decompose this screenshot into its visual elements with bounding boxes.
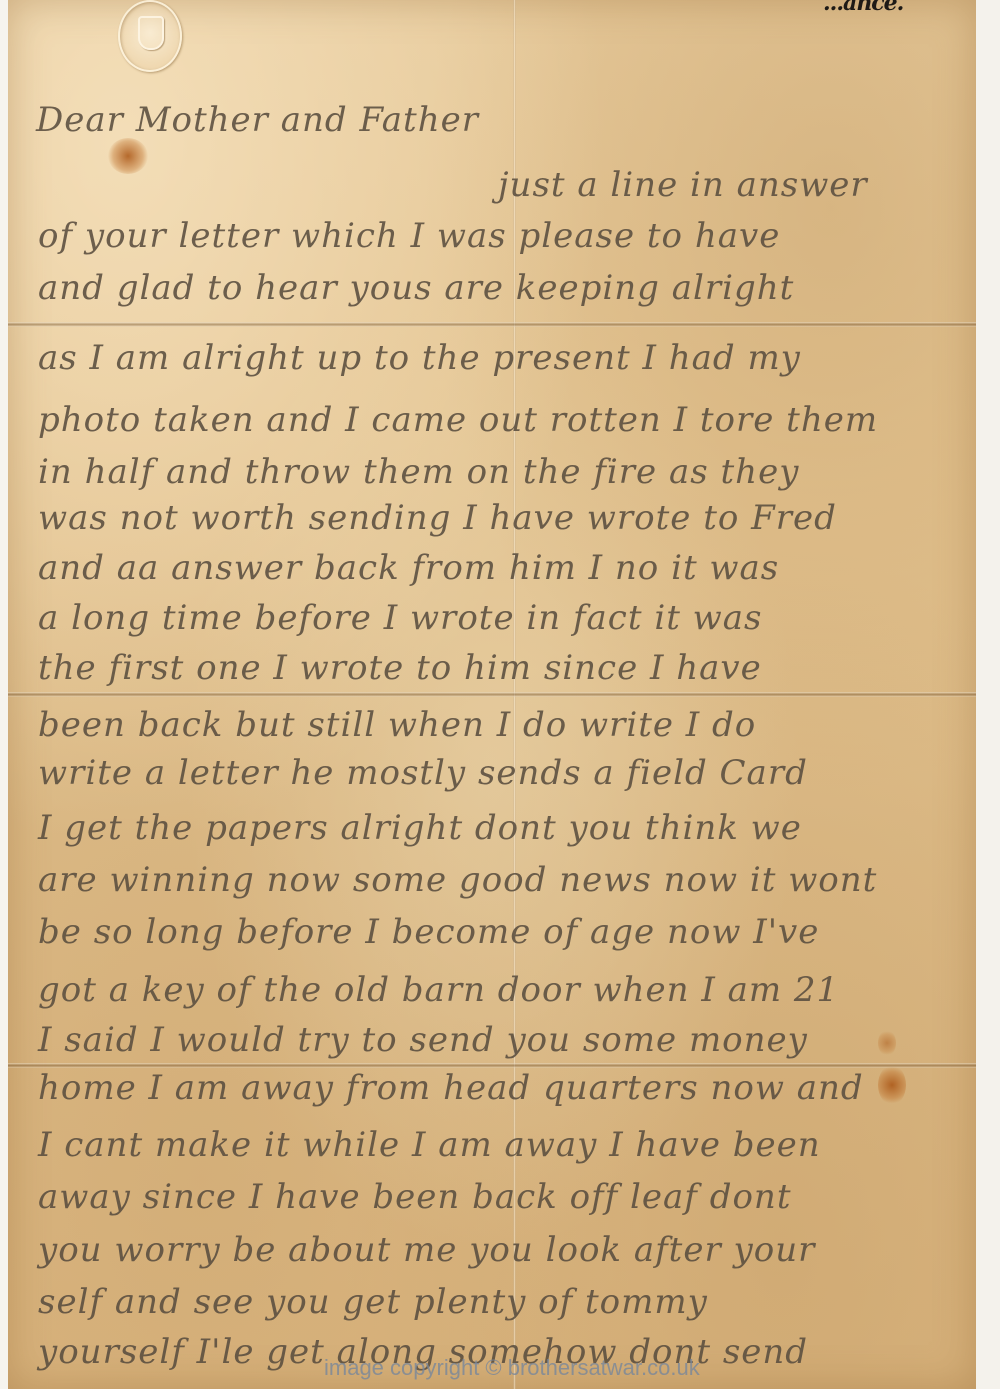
rust-stain bbox=[878, 1065, 906, 1105]
letter-line: are winning now some good news now it wo… bbox=[38, 860, 877, 900]
letter-line: I get the papers alright dont you think … bbox=[38, 808, 802, 848]
letter-line: of your letter which I was please to hav… bbox=[38, 216, 780, 256]
horizontal-fold-crease bbox=[8, 322, 976, 327]
letter-page: ...ance. Dear Mother and Father just a l… bbox=[8, 0, 976, 1389]
top-right-fragment: ...ance. bbox=[823, 0, 903, 16]
copyright-watermark: image copyright © brothersatwar.co.uk bbox=[324, 1355, 700, 1381]
crest-shield-icon bbox=[138, 16, 164, 50]
letter-line: I said I would try to send you some mone… bbox=[38, 1020, 808, 1060]
letter-line: just a line in answer bbox=[498, 165, 868, 205]
letter-line: you worry be about me you look after you… bbox=[38, 1230, 815, 1270]
rust-stain bbox=[108, 138, 148, 174]
letter-line: I cant make it while I am away I have be… bbox=[38, 1125, 821, 1165]
scan-right-margin bbox=[976, 0, 1000, 1389]
horizontal-fold-crease bbox=[8, 692, 976, 697]
letter-line: was not worth sending I have wrote to Fr… bbox=[38, 498, 837, 538]
letter-line: and aa answer back from him I no it was bbox=[38, 548, 779, 588]
letter-line: away since I have been back off leaf don… bbox=[38, 1177, 792, 1217]
letter-line: the first one I wrote to him since I hav… bbox=[38, 648, 762, 688]
letter-line: been back but still when I do write I do bbox=[38, 705, 756, 745]
letter-line: and glad to hear yous are keeping alrigh… bbox=[38, 268, 794, 308]
letter-line: write a letter he mostly sends a field C… bbox=[38, 753, 808, 793]
letter-line: be so long before I become of age now I'… bbox=[38, 912, 819, 952]
letter-line: home I am away from head quarters now an… bbox=[38, 1068, 864, 1108]
letter-line: got a key of the old barn door when I am… bbox=[38, 970, 839, 1010]
letter-line: a long time before I wrote in fact it wa… bbox=[38, 598, 763, 638]
salutation: Dear Mother and Father bbox=[36, 100, 479, 140]
letter-line: photo taken and I came out rotten I tore… bbox=[38, 400, 878, 440]
scan-left-margin bbox=[0, 0, 8, 1389]
letter-line: in half and throw them on the fire as th… bbox=[38, 452, 799, 492]
letter-line: self and see you get plenty of tommy bbox=[38, 1282, 708, 1322]
embossed-royal-crest-icon bbox=[118, 0, 182, 72]
rust-stain bbox=[878, 1030, 896, 1056]
letter-line: as I am alright up to the present I had … bbox=[38, 338, 801, 378]
